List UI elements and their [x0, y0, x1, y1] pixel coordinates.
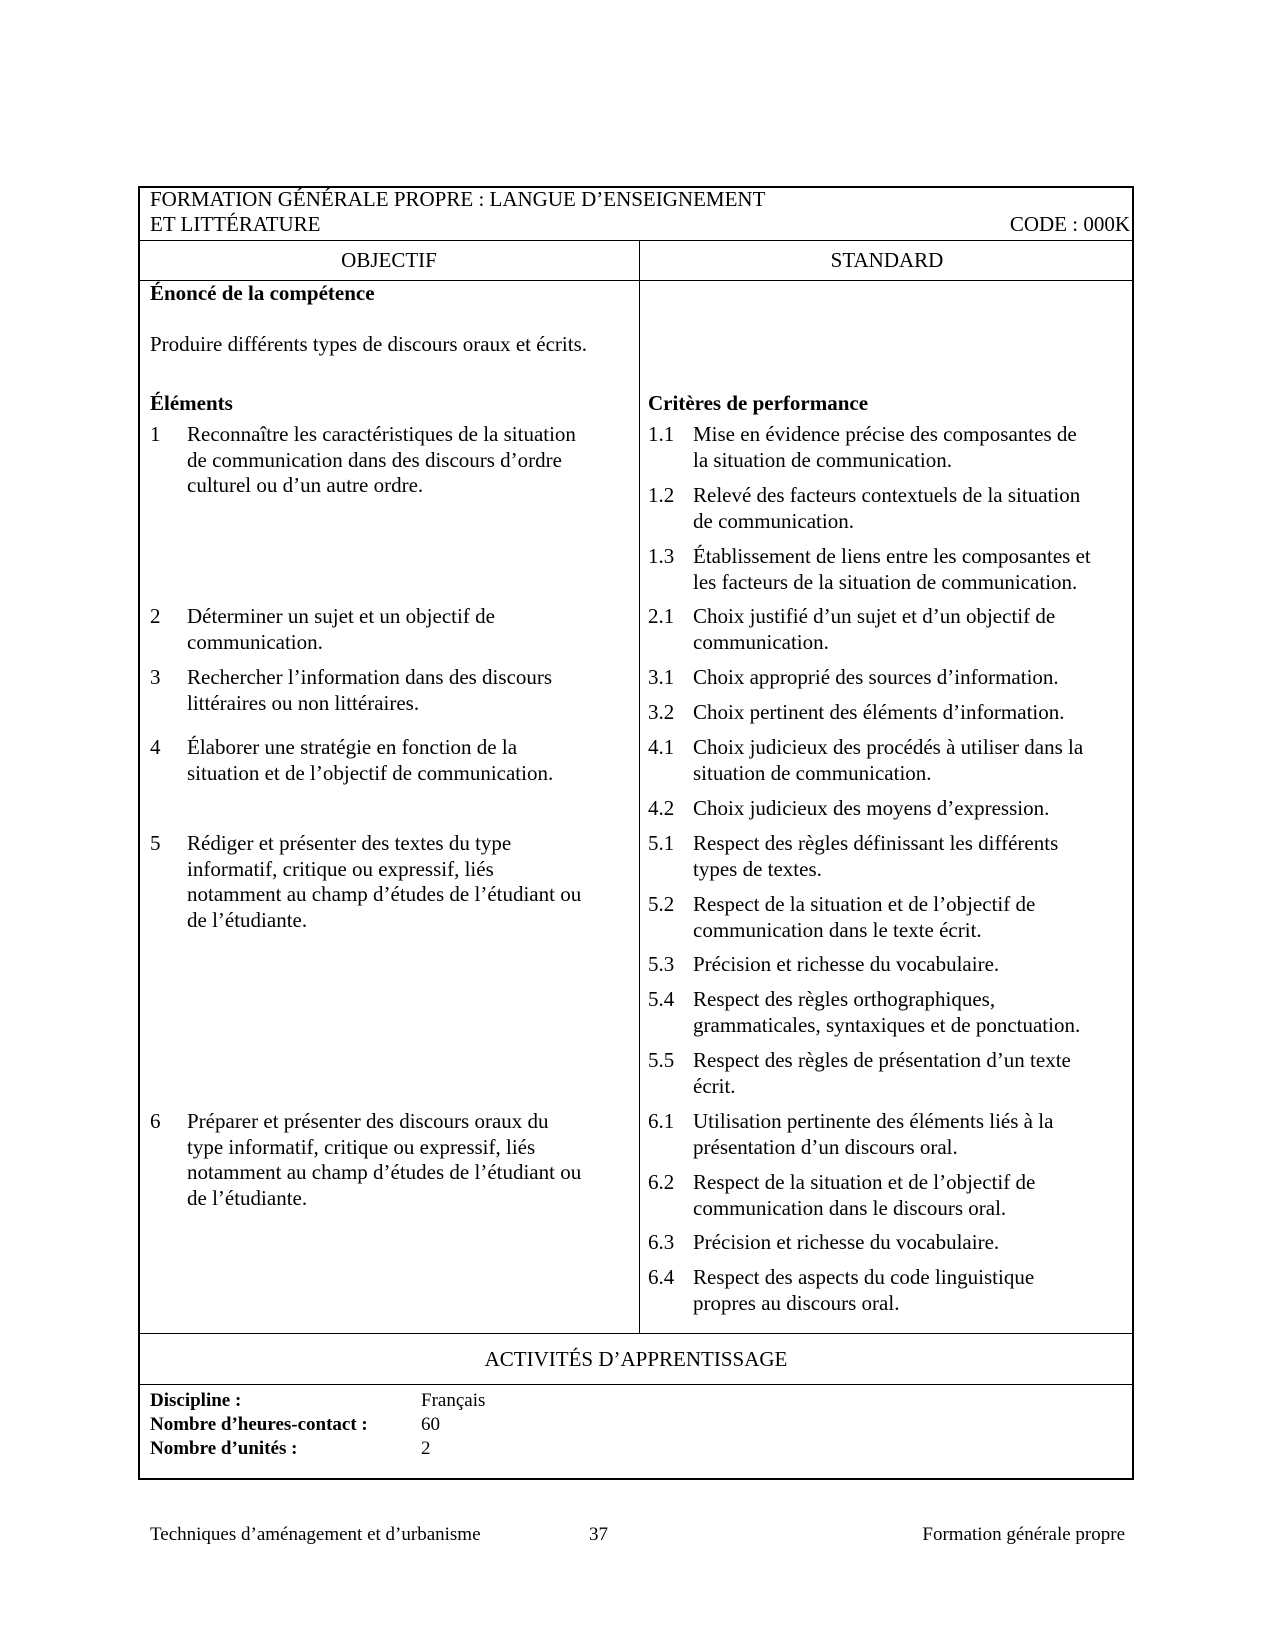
- criterion-text: présentation d’un discours oral.: [693, 1134, 958, 1160]
- criterion-text: grammaticales, syntaxiques et de ponctua…: [693, 1012, 1080, 1038]
- criteria-heading: Critères de performance: [648, 390, 868, 416]
- element-number: 4: [150, 734, 161, 760]
- element-text: de communication dans des discours d’ord…: [187, 447, 562, 473]
- element-text: Rédiger et présenter des textes du type: [187, 830, 511, 856]
- criterion-number: 1.3: [648, 543, 674, 569]
- activities-bottom-divider: [139, 1384, 1133, 1385]
- criterion-text: Relevé des facteurs contextuels de la si…: [693, 482, 1080, 508]
- info-label: Nombre d’unités :: [150, 1437, 297, 1461]
- criterion-text: types de textes.: [693, 856, 822, 882]
- criterion-text: propres au discours oral.: [693, 1290, 899, 1316]
- criterion-text: Respect des règles orthographiques,: [693, 986, 995, 1012]
- criterion-text: Choix pertinent des éléments d’informati…: [693, 699, 1065, 725]
- criterion-text: communication dans le texte écrit.: [693, 917, 982, 943]
- criterion-number: 3.2: [648, 699, 674, 725]
- element-text: communication.: [187, 629, 323, 655]
- info-label: Nombre d’heures-contact :: [150, 1413, 368, 1437]
- criterion-text: la situation de communication.: [693, 447, 952, 473]
- element-number: 5: [150, 830, 161, 856]
- competence-statement: Produire différents types de discours or…: [150, 331, 587, 357]
- element-text: de l’étudiante.: [187, 907, 307, 933]
- element-text: notamment au champ d’études de l’étudian…: [187, 1159, 581, 1185]
- criterion-text: situation de communication.: [693, 760, 932, 786]
- footer-program: Techniques d’aménagement et d’urbanisme: [150, 1524, 481, 1546]
- criterion-number: 5.1: [648, 830, 674, 856]
- criterion-number: 1.1: [648, 421, 674, 447]
- element-number: 2: [150, 603, 161, 629]
- info-value: 60: [421, 1413, 440, 1437]
- header-divider: [139, 240, 1133, 241]
- criterion-text: communication.: [693, 629, 829, 655]
- criterion-number: 5.3: [648, 951, 674, 977]
- element-text: Élaborer une stratégie en fonction de la: [187, 734, 517, 760]
- element-text: littéraires ou non littéraires.: [187, 690, 419, 716]
- criterion-text: Mise en évidence précise des composantes…: [693, 421, 1077, 447]
- criterion-text: Choix approprié des sources d’informatio…: [693, 664, 1059, 690]
- criterion-text: écrit.: [693, 1073, 736, 1099]
- course-code: CODE : 000K: [1010, 211, 1130, 237]
- competence-heading: Énoncé de la compétence: [150, 280, 375, 306]
- element-text: Déterminer un sujet et un objectif de: [187, 603, 495, 629]
- criterion-text: Respect des règles définissant les diffé…: [693, 830, 1058, 856]
- criterion-number: 4.2: [648, 795, 674, 821]
- column-divider: [639, 240, 640, 1333]
- element-text: culturel ou d’un autre ordre.: [187, 472, 423, 498]
- criterion-text: Choix justifié d’un sujet et d’un object…: [693, 603, 1055, 629]
- criterion-text: Utilisation pertinente des éléments liés…: [693, 1108, 1053, 1134]
- info-label: Discipline :: [150, 1389, 241, 1413]
- element-text: Reconnaître les caractéristiques de la s…: [187, 421, 576, 447]
- criterion-text: Respect des aspects du code linguistique: [693, 1264, 1034, 1290]
- criterion-number: 5.2: [648, 891, 674, 917]
- element-text: Rechercher l’information dans des discou…: [187, 664, 552, 690]
- criterion-text: Établissement de liens entre les composa…: [693, 543, 1091, 569]
- activities-top-divider: [139, 1333, 1133, 1334]
- element-text: situation et de l’objectif de communicat…: [187, 760, 553, 786]
- criterion-number: 6.4: [648, 1264, 674, 1290]
- footer-section: Formation générale propre: [922, 1524, 1125, 1546]
- criterion-number: 6.3: [648, 1229, 674, 1255]
- criterion-text: de communication.: [693, 508, 854, 534]
- criterion-number: 6.2: [648, 1169, 674, 1195]
- form-title-line2: ET LITTÉRATURE: [150, 211, 321, 237]
- objectif-heading: OBJECTIF: [139, 247, 639, 273]
- element-text: type informatif, critique ou expressif, …: [187, 1134, 535, 1160]
- criterion-text: Respect de la situation et de l’objectif…: [693, 891, 1035, 917]
- criterion-text: Respect de la situation et de l’objectif…: [693, 1169, 1035, 1195]
- criterion-text: communication dans le discours oral.: [693, 1195, 1006, 1221]
- criterion-number: 5.4: [648, 986, 674, 1012]
- standard-heading: STANDARD: [640, 247, 1134, 273]
- criterion-text: Précision et richesse du vocabulaire.: [693, 1229, 999, 1255]
- criterion-number: 1.2: [648, 482, 674, 508]
- info-value: 2: [421, 1437, 431, 1461]
- element-number: 1: [150, 421, 161, 447]
- info-value: Français: [421, 1389, 485, 1413]
- criterion-text: Précision et richesse du vocabulaire.: [693, 951, 999, 977]
- element-text: notamment au champ d’études de l’étudian…: [187, 881, 581, 907]
- element-text: Préparer et présenter des discours oraux…: [187, 1108, 549, 1134]
- criterion-number: 2.1: [648, 603, 674, 629]
- activities-heading: ACTIVITÉS D’APPRENTISSAGE: [139, 1346, 1133, 1372]
- criterion-text: Choix judicieux des moyens d’expression.: [693, 795, 1049, 821]
- element-text: informatif, critique ou expressif, liés: [187, 856, 494, 882]
- criterion-number: 3.1: [648, 664, 674, 690]
- element-number: 6: [150, 1108, 161, 1134]
- footer-page-number: 37: [589, 1524, 608, 1546]
- form-title-line1: FORMATION GÉNÉRALE PROPRE : LANGUE D’ENS…: [150, 186, 765, 212]
- criterion-text: les facteurs de la situation de communic…: [693, 569, 1077, 595]
- criterion-number: 4.1: [648, 734, 674, 760]
- elements-heading: Éléments: [150, 390, 233, 416]
- element-number: 3: [150, 664, 161, 690]
- criterion-number: 5.5: [648, 1047, 674, 1073]
- criterion-text: Choix judicieux des procédés à utiliser …: [693, 734, 1083, 760]
- criterion-text: Respect des règles de présentation d’un …: [693, 1047, 1071, 1073]
- criterion-number: 6.1: [648, 1108, 674, 1134]
- element-text: de l’étudiante.: [187, 1185, 307, 1211]
